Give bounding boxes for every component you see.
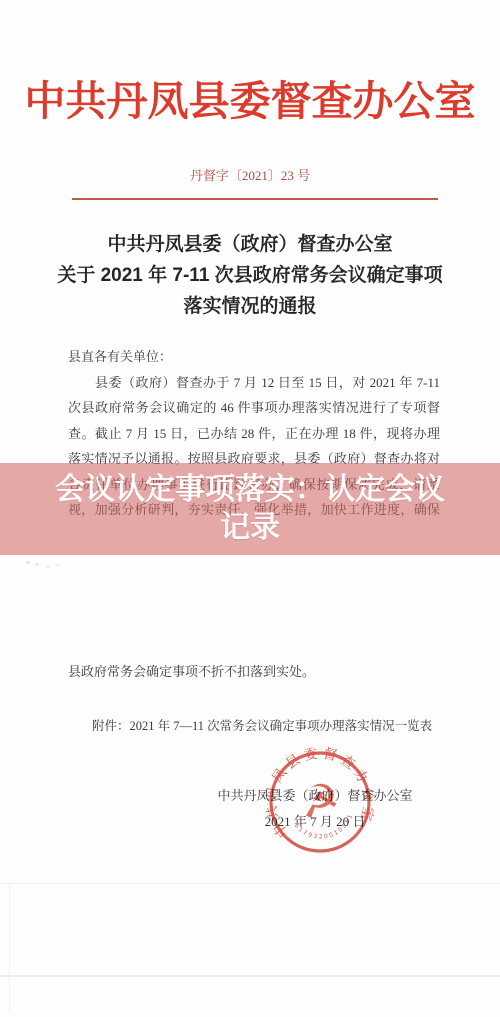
page-edge-line	[0, 883, 500, 884]
document-number: 丹督字〔2021〕23 号	[0, 166, 500, 186]
attachment-reference: 附件：2021 年 7—11 次常务会议确定事项办理落实情况一览表	[92, 716, 432, 736]
title-line-3: 落实情况的通报	[0, 291, 500, 322]
caption-banner-line-1: 会议认定事项落实：认定会议	[55, 471, 445, 509]
paragraph-line: 次县政府常务会议确定的 46 件事项办理落实情况进行了专项督	[68, 395, 440, 421]
closing-sentence: 县政府常务会确定事项不折不扣落到实处。	[68, 662, 315, 682]
official-seal: 中共丹凤县委督查办公室 ☭ 6179320010551	[256, 738, 383, 865]
paragraph-line: 县委（政府）督查办于 7 月 12 日至 15 日，对 2021 年 7-11	[68, 370, 440, 396]
caption-banner-line-2: 记录	[220, 509, 280, 547]
letterhead-office-name: 中共丹凤县委督查办公室	[0, 79, 500, 123]
paragraph-line: 查。截止 7 月 15 日，已办结 28 件，正在办理 18 件，现将办理	[68, 421, 440, 447]
caption-banner: 会议认定事项落实：认定会议 记录	[0, 463, 500, 555]
seal-party-emblem-icon: ☭	[296, 773, 344, 830]
document-title: 中共丹凤县委（政府）督查办公室 关于 2021 年 7-11 次县政府常务会议确…	[0, 229, 500, 322]
letterhead-divider	[72, 198, 438, 200]
document-page: 中共丹凤县委督查办公室 丹督字〔2021〕23 号 中共丹凤县委（政府）督查办公…	[0, 0, 500, 1017]
title-line-1: 中共丹凤县委（政府）督查办公室	[0, 229, 500, 260]
salutation: 县直各有关单位：	[68, 344, 440, 370]
title-line-2: 关于 2021 年 7-11 次县政府常务会议确定事项	[0, 260, 500, 291]
page-edge-line	[9, 884, 10, 1012]
scan-artifact	[26, 561, 30, 564]
page-edge-line	[0, 975, 500, 977]
